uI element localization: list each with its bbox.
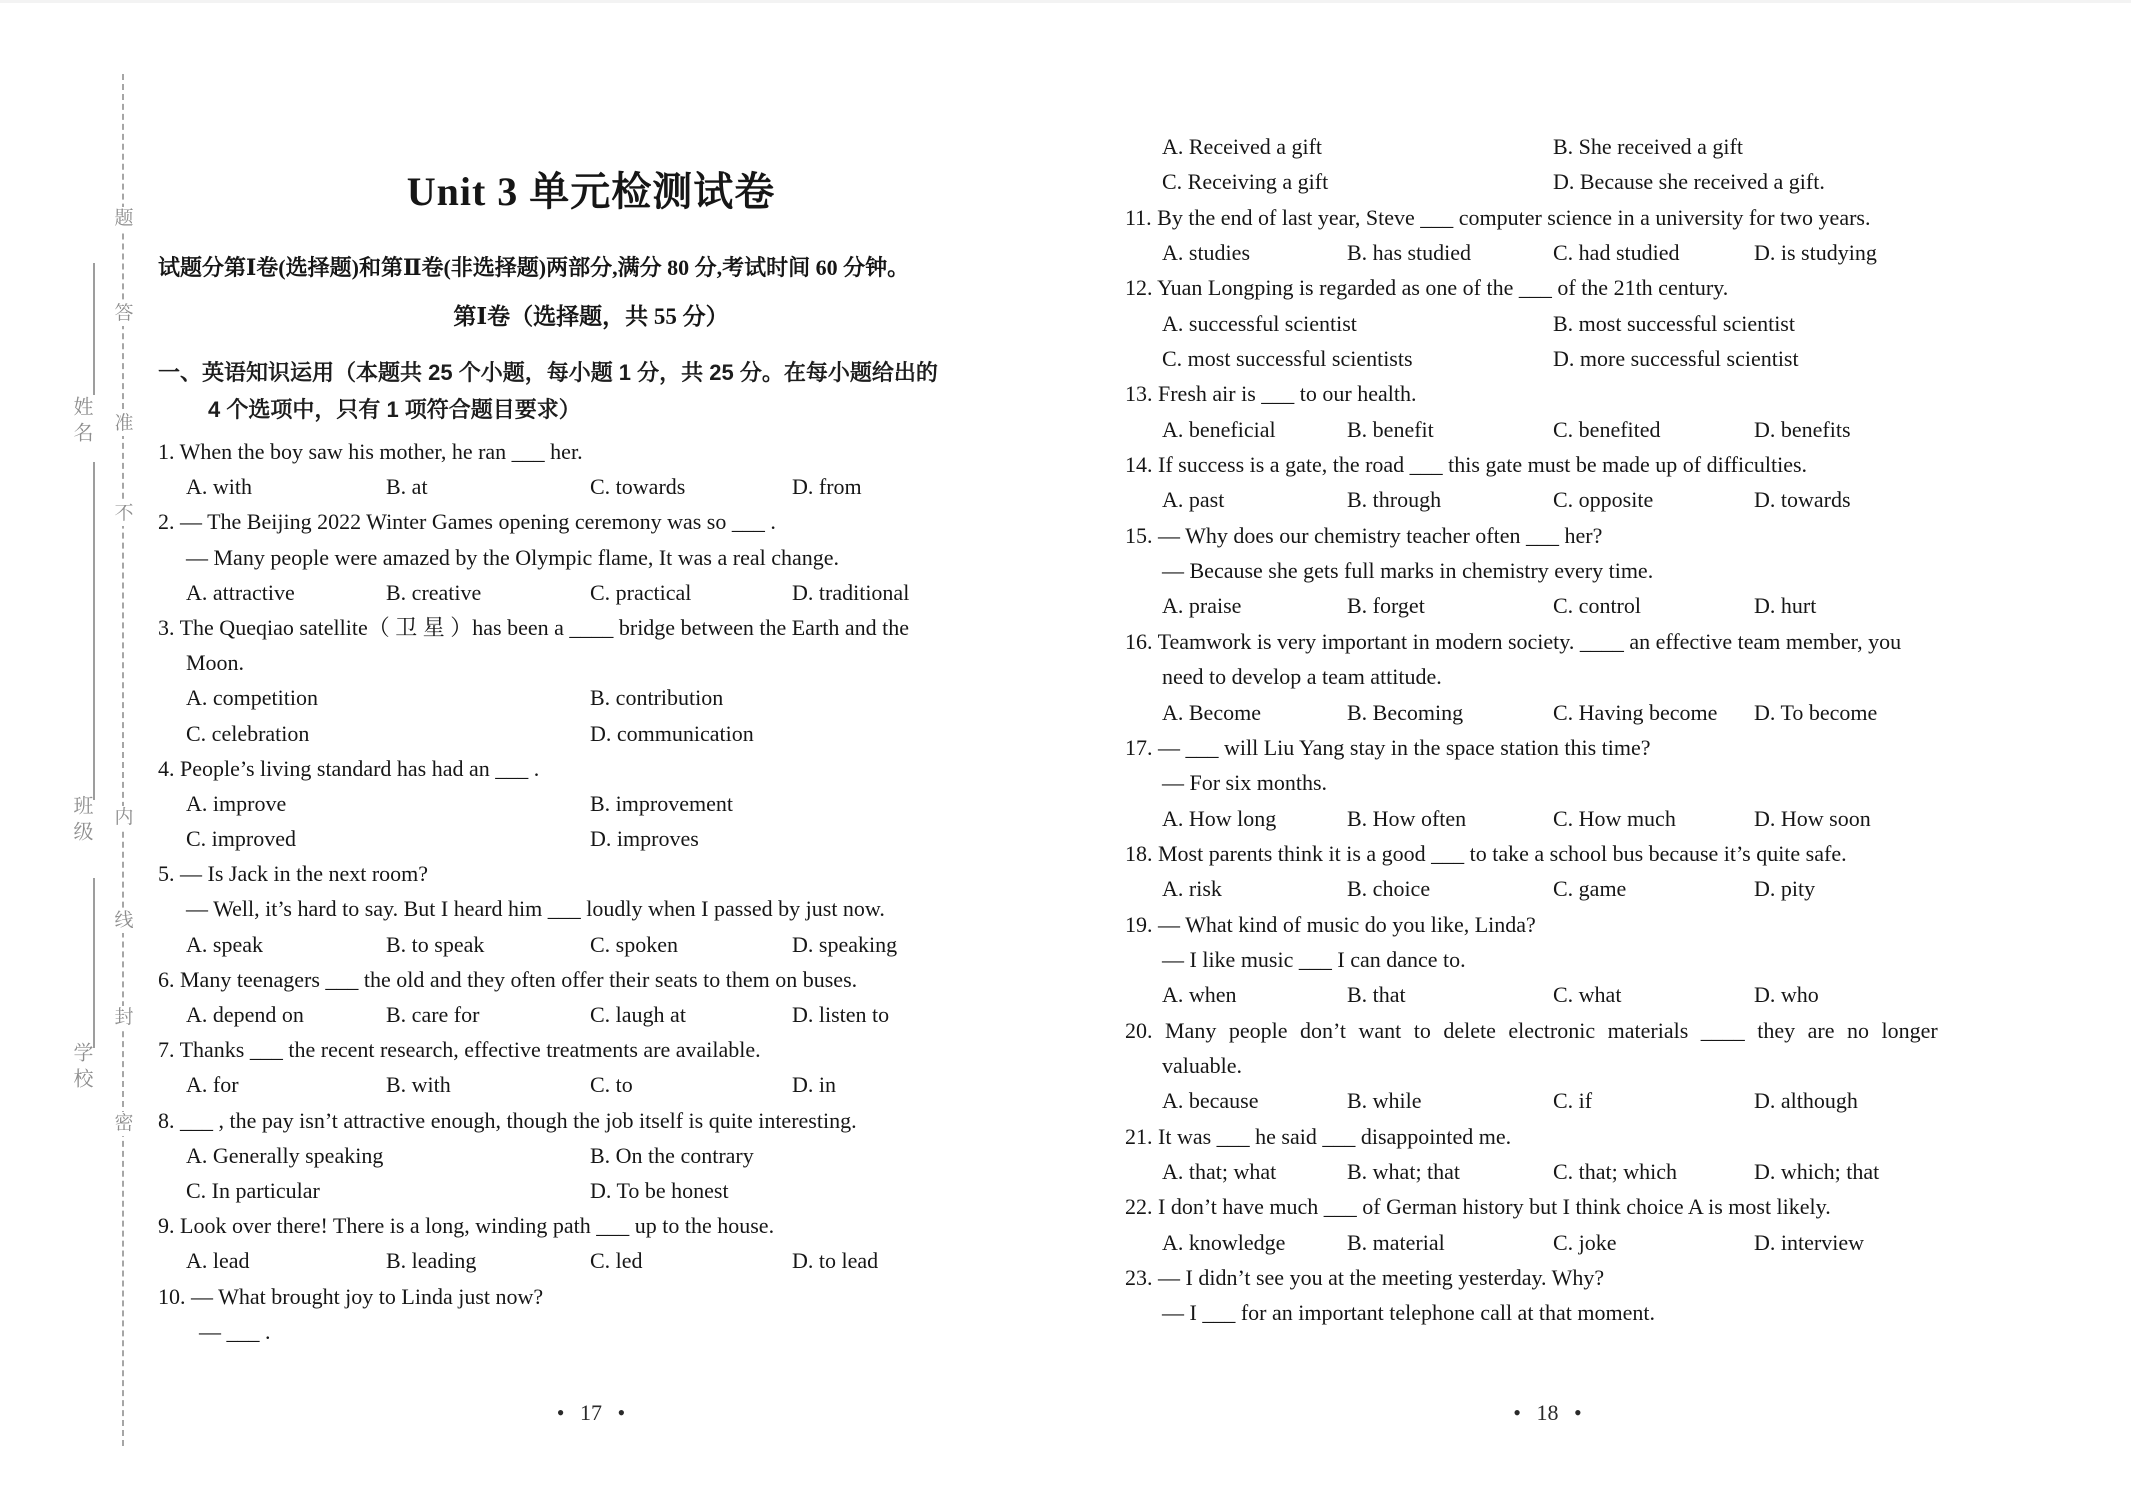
seal-char: 线	[111, 909, 137, 933]
class-fill-line	[93, 462, 95, 800]
section-heading-line1: 一、英语知识运用（本题共 25 个小题，每小题 1 分，共 25 分。在每小题给…	[158, 356, 938, 387]
question-line: 7. Thanks ___ the recent research, effec…	[158, 1032, 1024, 1067]
page-title: Unit 3 单元检测试卷	[158, 160, 1024, 217]
option-c: C. opposite	[1553, 482, 1653, 517]
questions-right: A. Received a giftB. She received a gift…	[1125, 129, 1970, 1331]
option-b: B. She received a gift	[1553, 129, 1743, 164]
option-a: A. lead	[186, 1243, 250, 1278]
option-d: D. which; that	[1754, 1154, 1879, 1189]
options-row: A. improveB. improvement	[158, 786, 1024, 821]
options-row: A. BecomeB. BecomingC. Having becomeD. T…	[1125, 695, 1970, 730]
option-d: D. listen to	[792, 997, 889, 1032]
option-d: D. pity	[1754, 871, 1815, 906]
exam-intro: 试题分第Ⅰ卷(选择题)和第Ⅱ卷(非选择题)两部分,满分 80 分,考试时间 60…	[158, 251, 909, 282]
seal-char: 密	[111, 1112, 137, 1136]
options-row: A. beneficialB. benefitC. benefitedD. be…	[1125, 412, 1970, 447]
question-line: 4. People’s living standard has had an _…	[158, 751, 1024, 786]
continuation-line: Moon.	[158, 645, 1024, 680]
option-a: A. because	[1162, 1083, 1259, 1118]
option-a: A. depend on	[186, 997, 304, 1032]
question-line: 16. Teamwork is very important in modern…	[1125, 624, 1970, 659]
option-b: B. material	[1347, 1225, 1445, 1260]
option-b: B. while	[1347, 1083, 1422, 1118]
option-b: B. through	[1347, 482, 1441, 517]
continuation-line: — Many people were amazed by the Olympic…	[158, 540, 1024, 575]
name-label: 姓名	[67, 396, 96, 448]
option-d: D. who	[1754, 977, 1819, 1012]
continuation-line: — Because she gets full marks in chemist…	[1125, 553, 1970, 588]
option-b: B. at	[386, 469, 428, 504]
option-c: C. How much	[1553, 801, 1676, 836]
option-a: A. attractive	[186, 575, 295, 610]
seal-char: 答	[111, 302, 137, 326]
option-a: A. Become	[1162, 695, 1261, 730]
option-b: B. to speak	[386, 927, 484, 962]
options-row: A. whenB. thatC. whatD. who	[1125, 977, 1970, 1012]
options-row: A. riskB. choiceC. gameD. pity	[1125, 871, 1970, 906]
options-row: C. celebrationD. communication	[158, 716, 1024, 751]
continuation-line: need to develop a team attitude.	[1125, 659, 1970, 694]
option-c: C. had studied	[1553, 235, 1680, 270]
exam-paper-scan: 题 答 准 不 内 线 封 密 姓名 班级 学校 Unit 3 单元检测试卷 试…	[0, 0, 2131, 1508]
continuation-text: — I like music ___ I can dance to.	[1162, 942, 1466, 977]
options-row: A. speakB. to speakC. spokenD. speaking	[158, 927, 1024, 962]
options-row: A. knowledgeB. materialC. jokeD. intervi…	[1125, 1225, 1970, 1260]
option-a: A. past	[1162, 482, 1224, 517]
options-row: A. pastB. throughC. oppositeD. towards	[1125, 482, 1970, 517]
options-row: A. competitionB. contribution	[158, 680, 1024, 715]
question-line: 15. — Why does our chemistry teacher oft…	[1125, 518, 1970, 553]
option-c: C. towards	[590, 469, 685, 504]
options-row: A. Received a giftB. She received a gift	[1125, 129, 1970, 164]
option-d: D. although	[1754, 1083, 1858, 1118]
option-a: A. competition	[186, 680, 318, 715]
continuation-text: Moon.	[186, 645, 244, 680]
option-b: B. creative	[386, 575, 481, 610]
question-line: 14. If success is a gate, the road ___ t…	[1125, 447, 1970, 482]
options-row: A. attractiveB. creativeC. practicalD. t…	[158, 575, 1024, 610]
option-d: D. from	[792, 469, 862, 504]
option-a: C. celebration	[186, 716, 309, 751]
option-a: A. studies	[1162, 235, 1250, 270]
option-c: C. laugh at	[590, 997, 686, 1032]
option-a: A. beneficial	[1162, 412, 1276, 447]
option-b: B. has studied	[1347, 235, 1471, 270]
question-line: 10. — What brought joy to Linda just now…	[158, 1279, 1024, 1314]
question-line: 2. — The Beijing 2022 Winter Games openi…	[158, 504, 1024, 539]
option-d: D. towards	[1754, 482, 1851, 517]
page-number-17: • 17 •	[158, 1400, 1024, 1426]
option-a: A. Received a gift	[1162, 129, 1322, 164]
seal-char: 准	[111, 412, 137, 436]
page-17: Unit 3 单元检测试卷 试题分第Ⅰ卷(选择题)和第Ⅱ卷(非选择题)两部分,满…	[158, 0, 1024, 1508]
option-b: B. care for	[386, 997, 479, 1032]
continuation-text: valuable.	[1162, 1048, 1242, 1083]
school-label: 学校	[67, 1042, 96, 1094]
option-a: C. improved	[186, 821, 296, 856]
option-b: B. choice	[1347, 871, 1430, 906]
options-row: A. studiesB. has studiedC. had studiedD.…	[1125, 235, 1970, 270]
option-d: D. benefits	[1754, 412, 1851, 447]
continuation-line: valuable.	[1125, 1048, 1970, 1083]
section-heading-line2: 4 个选项中，只有 1 项符合题目要求）	[208, 393, 581, 424]
continuation-text: — Well, it’s hard to say. But I heard hi…	[186, 891, 885, 926]
option-c: C. to	[590, 1067, 633, 1102]
option-a: A. speak	[186, 927, 263, 962]
option-a: A. knowledge	[1162, 1225, 1285, 1260]
option-b: D. more successful scientist	[1553, 341, 1799, 376]
option-b: D. communication	[590, 716, 754, 751]
option-a: A. risk	[1162, 871, 1222, 906]
question-line: 21. It was ___ he said ___ disappointed …	[1125, 1119, 1970, 1154]
continuation-text: — Many people were amazed by the Olympic…	[186, 540, 839, 575]
options-row: A. becauseB. whileC. ifD. although	[1125, 1083, 1970, 1118]
options-row: C. Receiving a giftD. Because she receiv…	[1125, 164, 1970, 199]
option-c: C. practical	[590, 575, 691, 610]
option-c: C. Having become	[1553, 695, 1717, 730]
continuation-text: — ___ .	[199, 1314, 271, 1349]
option-a: A. improve	[186, 786, 286, 821]
question-line: 3. The Queqiao satellite（ 卫 星 ）has been …	[158, 610, 1024, 645]
question-line: 18. Most parents think it is a good ___ …	[1125, 836, 1970, 871]
question-line: 8. ___ , the pay isn’t attractive enough…	[158, 1103, 1024, 1138]
question-line: 11. By the end of last year, Steve ___ c…	[1125, 200, 1970, 235]
option-b: B. what; that	[1347, 1154, 1460, 1189]
question-line: 17. — ___ will Liu Yang stay in the spac…	[1125, 730, 1970, 765]
option-b: B. that	[1347, 977, 1406, 1012]
options-row: A. praiseB. forgetC. controlD. hurt	[1125, 588, 1970, 623]
seal-char: 内	[111, 806, 137, 830]
part1-subtitle: 第Ⅰ卷（选择题，共 55 分）	[158, 298, 1024, 331]
options-row: C. In particularD. To be honest	[158, 1173, 1024, 1208]
question-line: 23. — I didn’t see you at the meeting ye…	[1125, 1260, 1970, 1295]
options-row: A. Generally speakingB. On the contrary	[158, 1138, 1024, 1173]
option-b: D. To be honest	[590, 1173, 729, 1208]
option-c: C. led	[590, 1243, 643, 1278]
seal-char: 封	[111, 1006, 137, 1030]
option-b: B. On the contrary	[590, 1138, 754, 1173]
option-c: C. what	[1553, 977, 1621, 1012]
class-label: 班级	[67, 795, 96, 847]
option-a: A. Generally speaking	[186, 1138, 383, 1173]
option-a: C. In particular	[186, 1173, 320, 1208]
option-c: C. joke	[1553, 1225, 1617, 1260]
option-d: D. is studying	[1754, 235, 1877, 270]
option-d: D. interview	[1754, 1225, 1864, 1260]
continuation-line: — I like music ___ I can dance to.	[1125, 942, 1970, 977]
option-d: D. traditional	[792, 575, 909, 610]
question-line: 22. I don’t have much ___ of German hist…	[1125, 1189, 1970, 1224]
options-row: A. How longB. How oftenC. How muchD. How…	[1125, 801, 1970, 836]
option-b: B. How often	[1347, 801, 1466, 836]
option-d: D. How soon	[1754, 801, 1871, 836]
option-c: C. spoken	[590, 927, 678, 962]
option-a: A. for	[186, 1067, 239, 1102]
continuation-line: — I ___ for an important telephone call …	[1125, 1295, 1970, 1330]
continuation-text: — For six months.	[1162, 765, 1327, 800]
option-b: B. with	[386, 1067, 451, 1102]
option-c: C. that; which	[1553, 1154, 1677, 1189]
option-b: D. Because she received a gift.	[1553, 164, 1825, 199]
school-fill-line	[93, 878, 95, 1048]
options-row: A. withB. atC. towardsD. from	[158, 469, 1024, 504]
option-c: C. benefited	[1553, 412, 1661, 447]
option-b: D. improves	[590, 821, 699, 856]
options-row: A. depend onB. care forC. laugh atD. lis…	[158, 997, 1024, 1032]
option-a: C. Receiving a gift	[1162, 164, 1328, 199]
options-row: A. successful scientistB. most successfu…	[1125, 306, 1970, 341]
options-row: A. that; whatB. what; thatC. that; which…	[1125, 1154, 1970, 1189]
continuation-text: need to develop a team attitude.	[1162, 659, 1442, 694]
continuation-text: — Because she gets full marks in chemist…	[1162, 553, 1653, 588]
option-a: A. praise	[1162, 588, 1241, 623]
continuation-line: — Well, it’s hard to say. But I heard hi…	[158, 891, 1024, 926]
option-b: B. forget	[1347, 588, 1425, 623]
options-row: C. improvedD. improves	[158, 821, 1024, 856]
continuation-text: — I ___ for an important telephone call …	[1162, 1295, 1655, 1330]
seal-dashed-line	[122, 74, 124, 1446]
option-d: D. To become	[1754, 695, 1877, 730]
page-18: A. Received a giftB. She received a gift…	[1125, 0, 1970, 1508]
option-b: B. leading	[386, 1243, 476, 1278]
name-fill-line	[93, 263, 95, 395]
option-d: D. in	[792, 1067, 836, 1102]
question-line: 5. — Is Jack in the next room?	[158, 856, 1024, 891]
options-row: C. most successful scientistsD. more suc…	[1125, 341, 1970, 376]
seal-char: 题	[111, 207, 137, 231]
option-b: B. benefit	[1347, 412, 1434, 447]
seal-char: 不	[111, 502, 137, 526]
option-a: A. that; what	[1162, 1154, 1276, 1189]
option-d: D. speaking	[792, 927, 897, 962]
option-a: A. How long	[1162, 801, 1276, 836]
option-d: D. to lead	[792, 1243, 878, 1278]
option-a: A. when	[1162, 977, 1237, 1012]
question-line: 13. Fresh air is ___ to our health.	[1125, 376, 1970, 411]
question-line: 12. Yuan Longping is regarded as one of …	[1125, 270, 1970, 305]
continuation-line: — For six months.	[1125, 765, 1970, 800]
option-c: C. if	[1553, 1083, 1592, 1118]
options-row: A. leadB. leadingC. ledD. to lead	[158, 1243, 1024, 1278]
option-a: C. most successful scientists	[1162, 341, 1413, 376]
option-d: D. hurt	[1754, 588, 1816, 623]
questions-left: 1. When the boy saw his mother, he ran _…	[158, 434, 1024, 1349]
question-line: 1. When the boy saw his mother, he ran _…	[158, 434, 1024, 469]
question-line: 19. — What kind of music do you like, Li…	[1125, 907, 1970, 942]
page-number-18: • 18 •	[1125, 1400, 1970, 1426]
question-line: 20. Many people don’t want to delete ele…	[1125, 1013, 1970, 1048]
option-b: B. improvement	[590, 786, 733, 821]
option-b: B. Becoming	[1347, 695, 1463, 730]
question-line: 9. Look over there! There is a long, win…	[158, 1208, 1024, 1243]
option-c: C. game	[1553, 871, 1626, 906]
option-b: B. most successful scientist	[1553, 306, 1795, 341]
option-b: B. contribution	[590, 680, 723, 715]
option-a: A. successful scientist	[1162, 306, 1357, 341]
question-line: 6. Many teenagers ___ the old and they o…	[158, 962, 1024, 997]
continuation-line: — ___ .	[158, 1314, 1024, 1349]
option-c: C. control	[1553, 588, 1641, 623]
option-a: A. with	[186, 469, 252, 504]
options-row: A. forB. withC. toD. in	[158, 1067, 1024, 1102]
